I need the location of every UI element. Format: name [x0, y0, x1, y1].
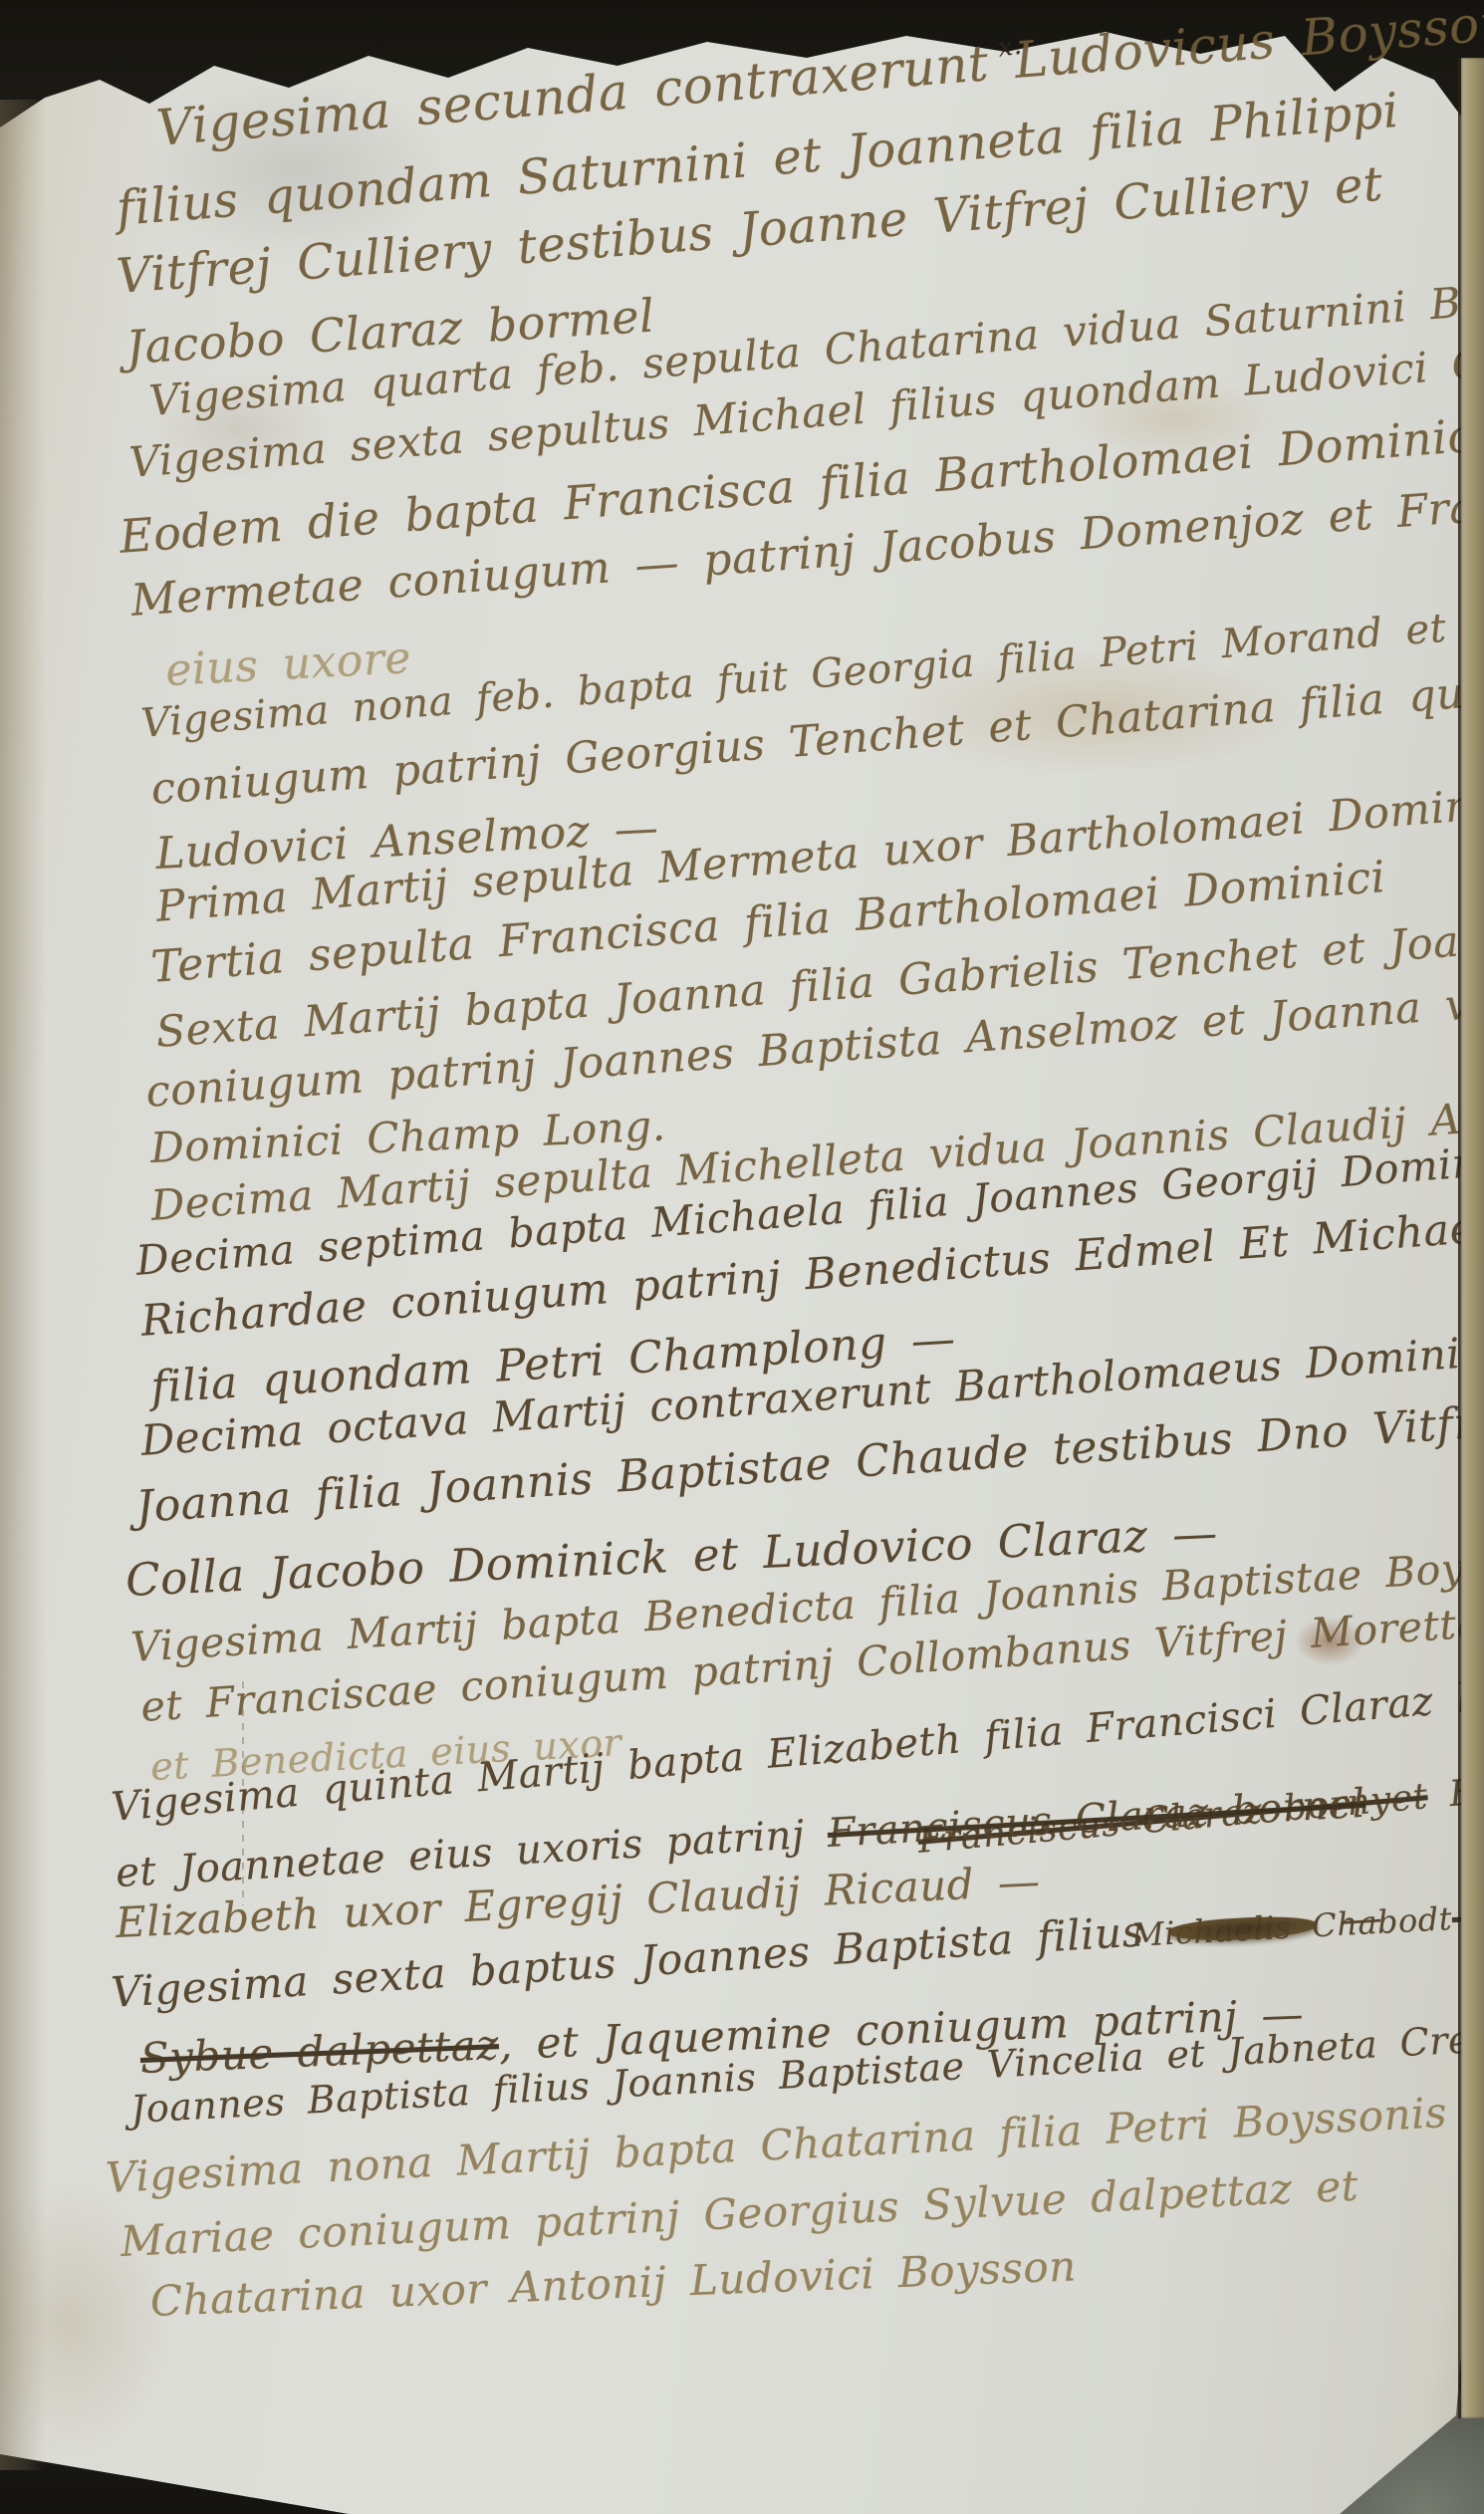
ink-blot — [1167, 1913, 1318, 1944]
manuscript-photo: x.Vigesima secunda contraxerunt Ludovicu… — [0, 0, 1484, 2514]
fore-edge-of-leaves — [1458, 58, 1484, 2418]
handwritten-text: — — [1316, 1892, 1384, 1945]
text-layer: x.Vigesima secunda contraxerunt Ludovicu… — [0, 0, 1484, 2514]
